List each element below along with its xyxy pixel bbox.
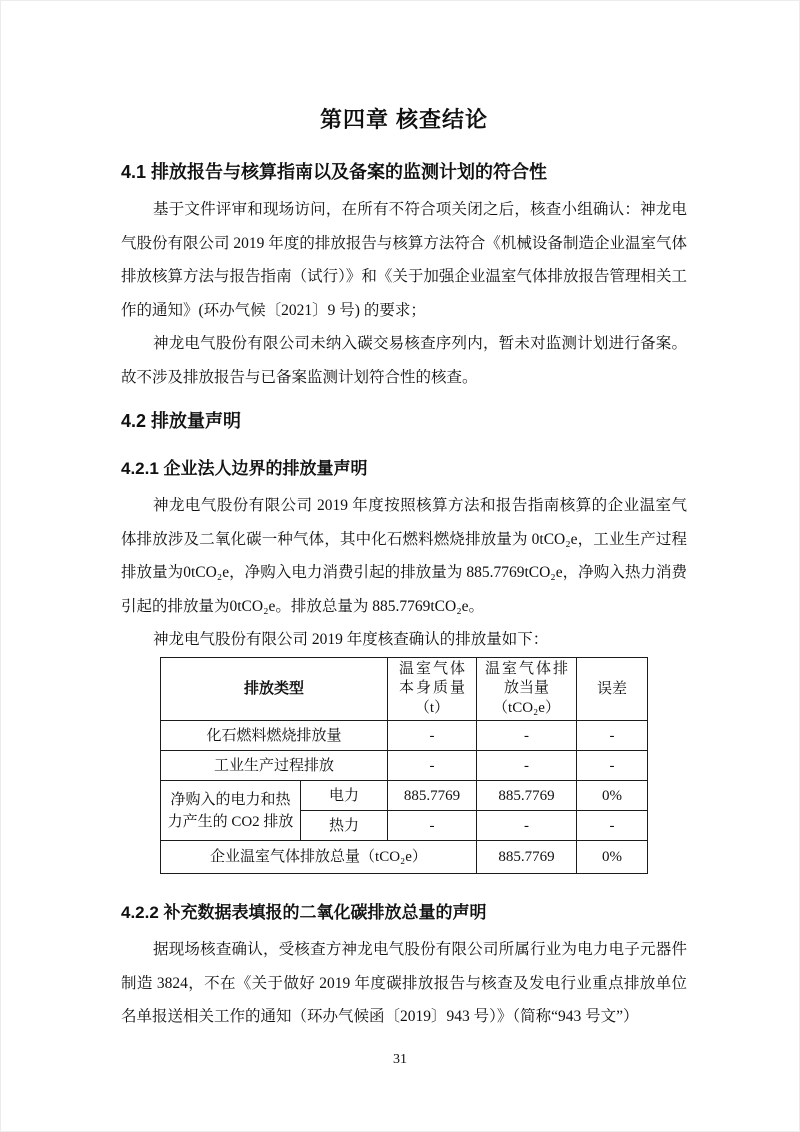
cell-heat-label: 热力 — [300, 811, 387, 841]
cell-electricity-mass: 885.7769 — [388, 781, 477, 811]
header-cell-ghg-equivalent: 温室气体排 放当量 （tCO₂e） — [477, 657, 577, 721]
cell-heat-error: - — [577, 811, 648, 841]
cell-industrial-error: - — [577, 751, 648, 781]
document-page: 第四章 核查结论 4.1 排放报告与核算指南以及备案的监测计划的符合性 基于文件… — [0, 0, 800, 1132]
cell-fossil-label: 化石燃料燃烧排放量 — [160, 721, 387, 751]
cell-electricity-equivalent: 885.7769 — [477, 781, 577, 811]
cell-electricity-error: 0% — [577, 781, 648, 811]
section-4-2-2-heading: 4.2.2 补充数据表填报的二氧化碳排放总量的声明 — [121, 900, 687, 925]
header-line: 本身质量 — [392, 679, 474, 699]
cell-industrial-mass: - — [388, 751, 477, 781]
cell-electricity-label: 电力 — [300, 781, 387, 811]
cell-total-equivalent: 885.7769 — [477, 841, 577, 874]
emissions-table: 排放类型 温室气体 本身质量 （t） 温室气体排 放当量 （tCO₂e） 误差 … — [160, 657, 648, 875]
cell-heat-equivalent: - — [477, 811, 577, 841]
cell-fossil-error: - — [577, 721, 648, 751]
header-line: 放当量 — [481, 679, 572, 699]
header-line: （tCO₂e） — [481, 699, 572, 719]
cell-industrial-label: 工业生产过程排放 — [160, 751, 387, 781]
header-cell-error: 误差 — [577, 657, 648, 721]
page-number: 31 — [1, 1051, 799, 1069]
cell-fossil-mass: - — [388, 721, 477, 751]
cell-industrial-equivalent: - — [477, 751, 577, 781]
cell-net-purchased-label: 净购入的电力和热力产生的 CO2 排放 — [160, 781, 300, 841]
header-line: 温室气体排 — [481, 660, 574, 680]
cell-fossil-equivalent: - — [477, 721, 577, 751]
cell-heat-mass: - — [388, 811, 477, 841]
cell-total-error: 0% — [577, 841, 648, 874]
table-header-row: 排放类型 温室气体 本身质量 （t） 温室气体排 放当量 （tCO₂e） 误差 — [160, 657, 647, 721]
section-4-2-2-paragraph-1: 据现场核查确认，受核查方神龙电气股份有限公司所属行业为电力电子元器件制造 382… — [121, 933, 687, 1034]
table-row-electricity: 净购入的电力和热力产生的 CO2 排放 电力 885.7769 885.7769… — [160, 781, 647, 811]
cell-total-label: 企业温室气体排放总量（tCO₂e） — [160, 841, 476, 874]
section-4-2-heading: 4.2 排放量声明 — [121, 408, 687, 434]
header-line: （t） — [392, 699, 472, 719]
section-4-2-1-paragraph-2: 神龙电气股份有限公司 2019 年度核查确认的排放量如下： — [121, 623, 687, 657]
section-4-2-1-paragraph-1: 神龙电气股份有限公司 2019 年度按照核算方法和报告指南核算的企业温室气体排放… — [121, 489, 687, 623]
table-row-total: 企业温室气体排放总量（tCO₂e） 885.7769 0% — [160, 841, 647, 874]
section-4-1-paragraph-1: 基于文件评审和现场访问，在所有不符合项关闭之后，核查小组确认：神龙电气股份有限公… — [121, 193, 687, 327]
chapter-title: 第四章 核查结论 — [121, 105, 687, 135]
header-cell-ghg-mass: 温室气体 本身质量 （t） — [388, 657, 477, 721]
section-4-2-1-heading: 4.2.1 企业法人边界的排放量声明 — [121, 456, 687, 481]
header-cell-emission-type: 排放类型 — [160, 657, 387, 721]
section-4-1-heading: 4.1 排放报告与核算指南以及备案的监测计划的符合性 — [121, 159, 687, 185]
table-row-industrial-process: 工业生产过程排放 - - - — [160, 751, 647, 781]
table-row-fossil-fuel: 化石燃料燃烧排放量 - - - — [160, 721, 647, 751]
header-line: 温室气体 — [392, 660, 474, 680]
section-4-1-paragraph-2: 神龙电气股份有限公司未纳入碳交易核查序列内，暂未对监测计划进行备案。故不涉及排放… — [121, 327, 687, 394]
